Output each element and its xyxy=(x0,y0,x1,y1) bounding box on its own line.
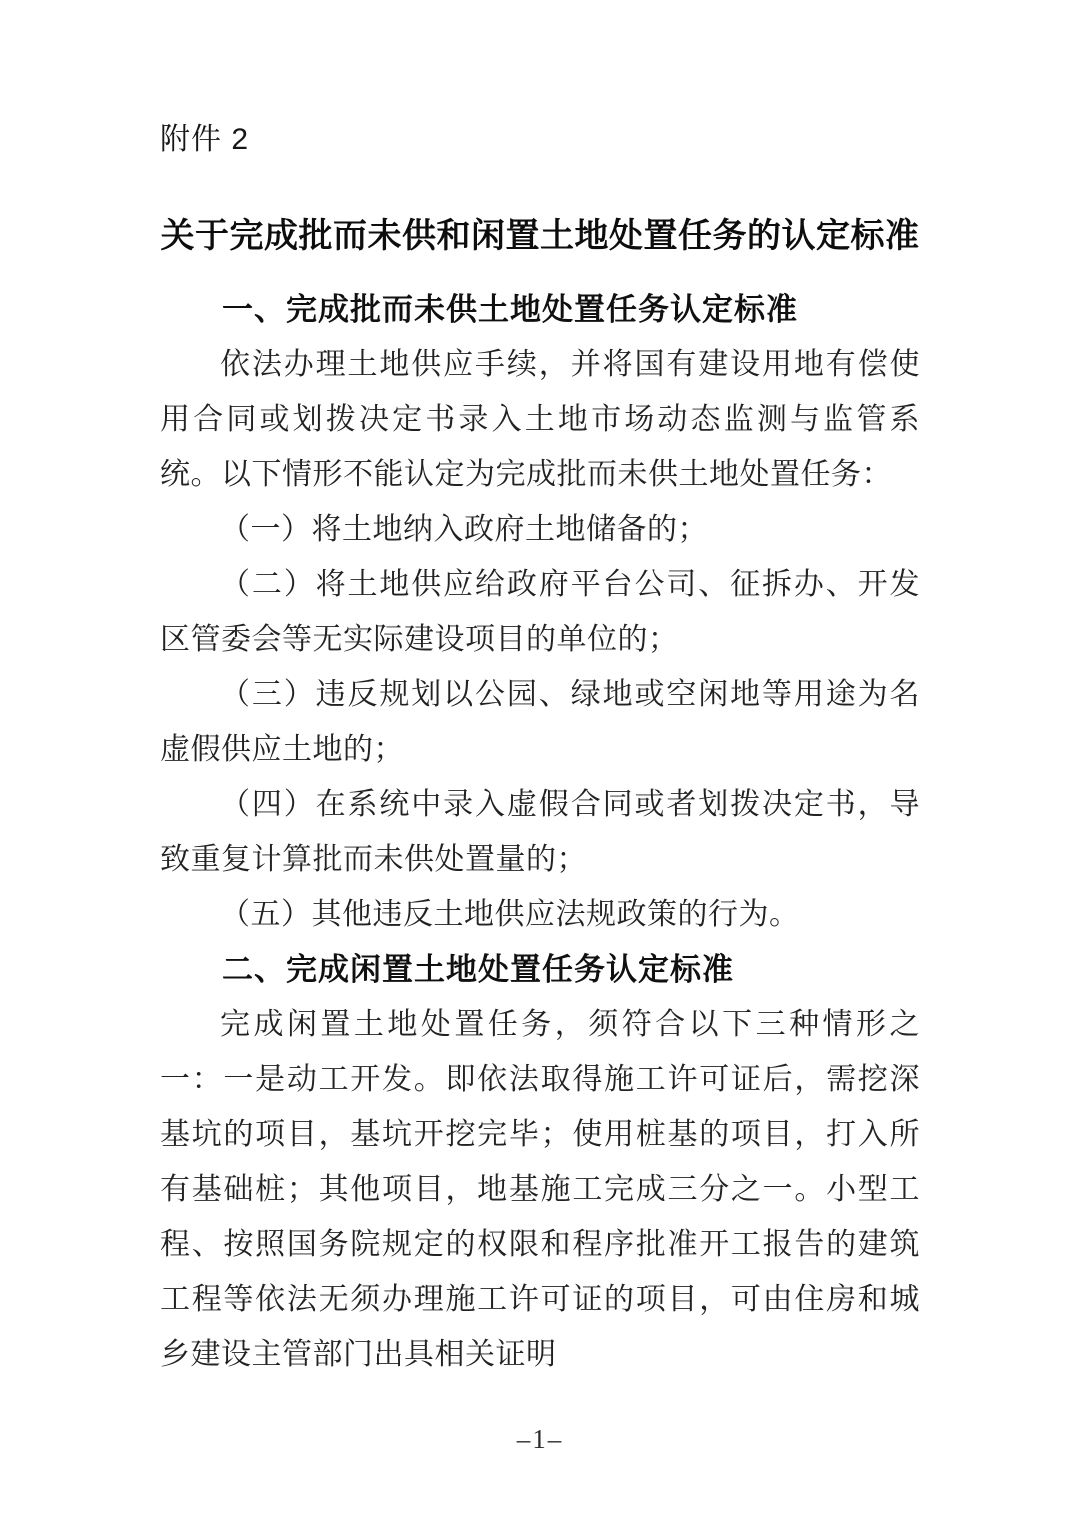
paragraph: （二）将土地供应给政府平台公司、征拆办、开发区管委会等无实际建设项目的单位的； xyxy=(160,557,920,667)
section-2-heading: 二、完成闲置土地处置任务认定标准 xyxy=(160,942,920,997)
paragraph: 依法办理土地供应手续，并将国有建设用地有偿使用合同或划拨决定书录入土地市场动态监… xyxy=(160,337,920,502)
attachment-label: 附件 2 xyxy=(160,112,920,167)
paragraph: （三）违反规划以公园、绿地或空闲地等用途为名虚假供应土地的； xyxy=(160,667,920,777)
paragraph: （四）在系统中录入虚假合同或者划拨决定书，导致重复计算批而未供处置量的； xyxy=(160,777,920,887)
page-number: –1– xyxy=(0,1424,1080,1455)
section-1-heading: 一、完成批而未供土地处置任务认定标准 xyxy=(160,282,920,337)
paragraph: （一）将土地纳入政府土地储备的； xyxy=(160,502,920,557)
document-title: 关于完成批而未供和闲置土地处置任务的认定标准 xyxy=(160,209,920,264)
document-page: 附件 2 关于完成批而未供和闲置土地处置任务的认定标准 一、完成批而未供土地处置… xyxy=(0,0,1080,1527)
section-2: 二、完成闲置土地处置任务认定标准 完成闲置土地处置任务，须符合以下三种情形之一：… xyxy=(160,942,920,1382)
paragraph: 完成闲置土地处置任务，须符合以下三种情形之一：一是动工开发。即依法取得施工许可证… xyxy=(160,997,920,1382)
paragraph: （五）其他违反土地供应法规政策的行为。 xyxy=(160,887,920,942)
section-1: 一、完成批而未供土地处置任务认定标准 依法办理土地供应手续，并将国有建设用地有偿… xyxy=(160,282,920,942)
